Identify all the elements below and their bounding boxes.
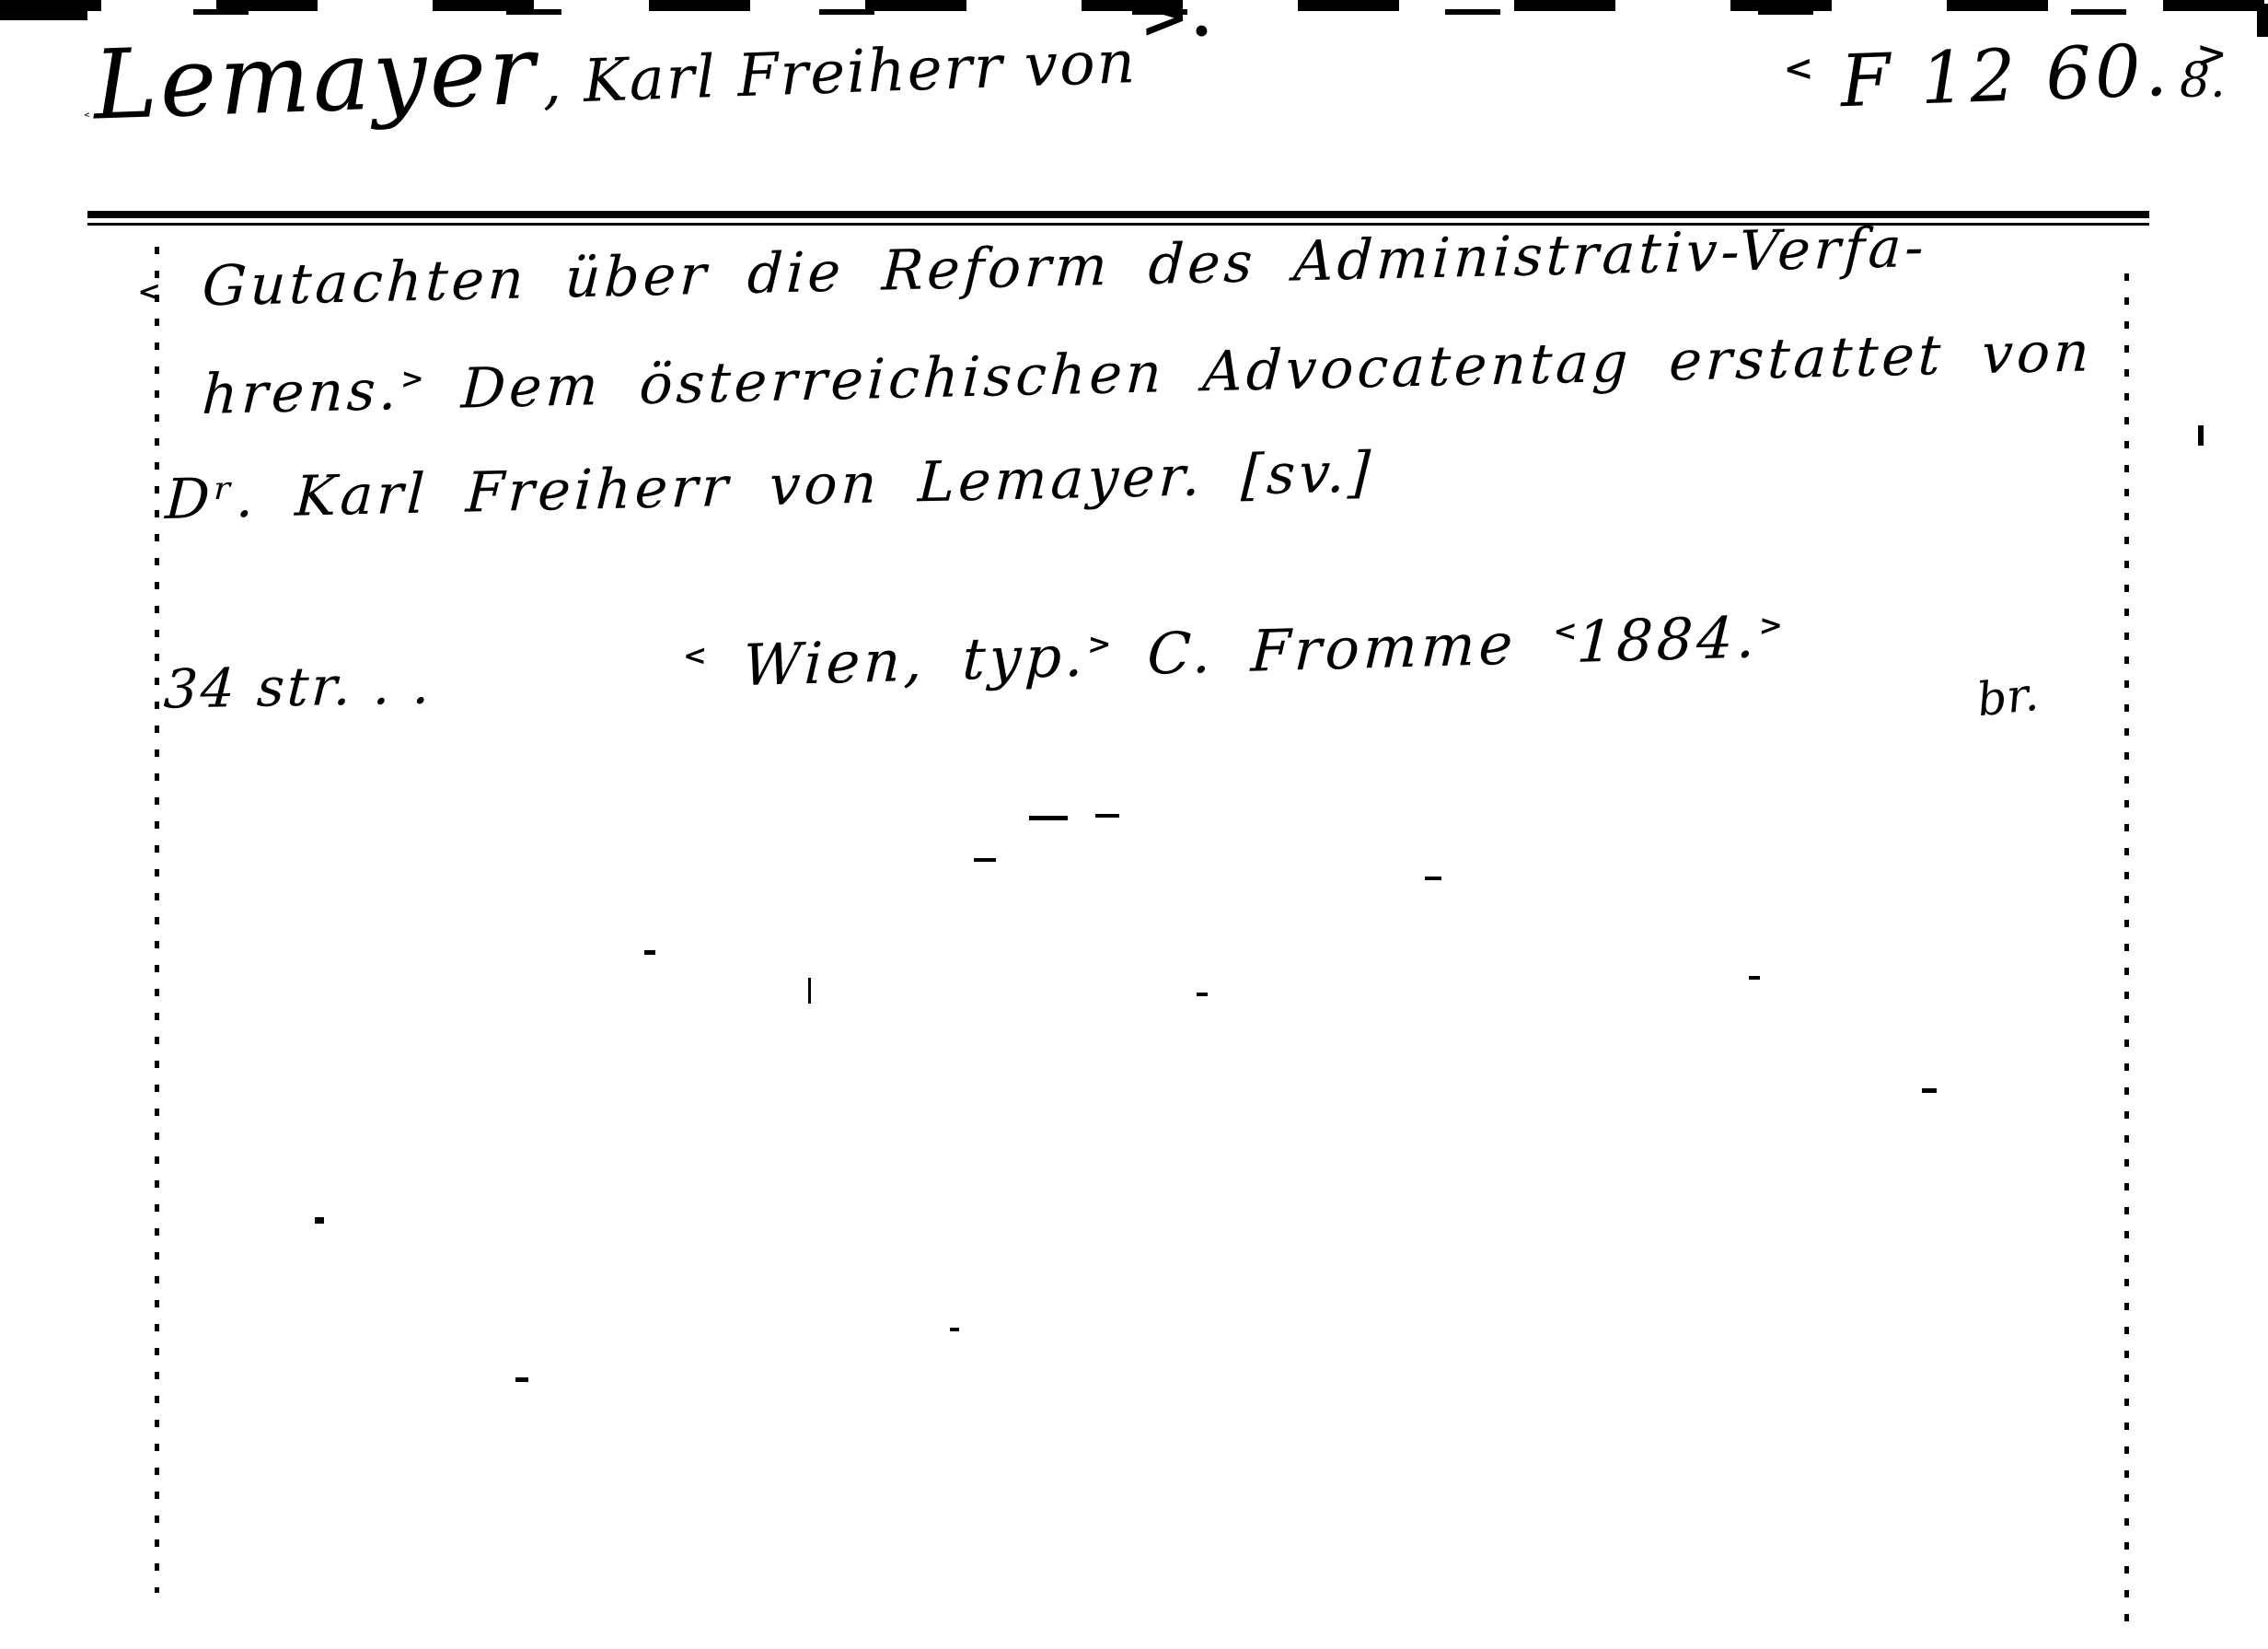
format-note: 8. bbox=[2180, 53, 2226, 109]
right-dotted-border bbox=[2124, 273, 2129, 1634]
scan-speck bbox=[974, 858, 996, 862]
title-line-3: Dʳ. Karl Freiherr von Lemayer. [sv.] bbox=[164, 440, 1375, 532]
imprint-year: 1884. bbox=[1575, 603, 1759, 676]
scan-speck bbox=[1197, 993, 1208, 996]
insertion-mark: < bbox=[1553, 615, 1578, 649]
shelfmark: < F 12 60. > bbox=[1783, 28, 2229, 126]
insertion-mark: < bbox=[84, 110, 90, 119]
author-name-rest: , Karl Freiherr von bbox=[541, 29, 1138, 117]
title-line-1: < Gutachten über die Reform des Administ… bbox=[136, 215, 1928, 320]
imprint-place: Wien, typ. bbox=[742, 622, 1089, 700]
scan-speck bbox=[1425, 877, 1441, 880]
catalog-card: < Lemayer , Karl Freiherr von >. < F 12 … bbox=[0, 0, 2268, 1649]
insertion-mark: > bbox=[1087, 628, 1112, 662]
insertion-mark: < bbox=[682, 639, 707, 673]
scan-speck bbox=[950, 1328, 959, 1331]
insertion-mark: >. bbox=[1139, 0, 1214, 52]
title-line-2-start: hrens. bbox=[201, 358, 402, 427]
scan-speck bbox=[1029, 816, 1068, 820]
scan-speck bbox=[1095, 814, 1119, 818]
scan-speck bbox=[515, 1377, 528, 1382]
title-line-1-text: Gutachten über die Reform des Administra… bbox=[201, 215, 1928, 319]
author-heading: < Lemayer , Karl Freiherr von >. bbox=[80, 0, 1216, 142]
binding-note: br. bbox=[1974, 668, 2041, 727]
author-surname: Lemayer bbox=[92, 14, 539, 142]
scan-speck bbox=[1749, 976, 1760, 980]
title-line-2: hrens.> Dem österreichischen Advocatenta… bbox=[201, 319, 2094, 427]
scan-speck bbox=[2198, 425, 2204, 446]
insertion-mark: < bbox=[137, 275, 166, 308]
title-line-2-rest: Dem österreichischen Advocatentag erstat… bbox=[459, 319, 2094, 421]
imprint-line: < Wien, typ.> C. Fromme <1884.> bbox=[681, 603, 1784, 701]
scan-speck bbox=[315, 1217, 324, 1224]
extent-note: 34 str. . . bbox=[162, 653, 434, 720]
scan-speck bbox=[1922, 1088, 1937, 1093]
left-dotted-border bbox=[155, 247, 159, 1593]
imprint-publisher: C. Fromme bbox=[1146, 610, 1518, 688]
scan-speck bbox=[2257, 4, 2268, 37]
insertion-mark: > bbox=[1758, 609, 1783, 643]
insertion-mark: < bbox=[1783, 47, 1814, 90]
insertion-mark: > bbox=[400, 363, 425, 396]
shelfmark-value: F 12 60. bbox=[1839, 29, 2172, 123]
scan-speck bbox=[808, 978, 811, 1004]
scan-speck bbox=[644, 950, 655, 955]
